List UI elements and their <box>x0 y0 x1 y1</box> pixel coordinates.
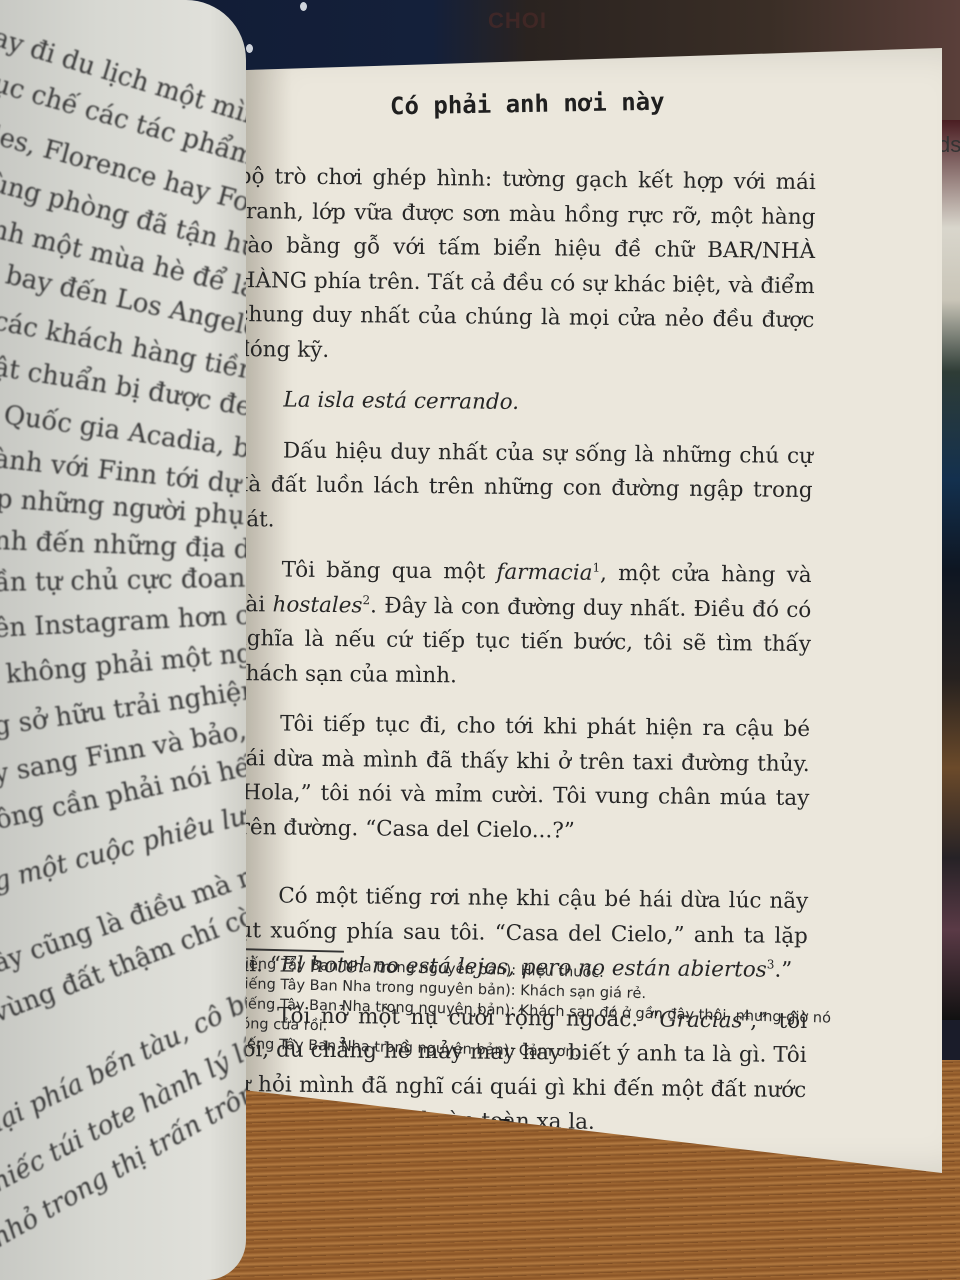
paragraph-italic: La isla está cerrando. <box>235 383 813 424</box>
left-page-line: ên Instagram hơn cả những <box>0 595 246 644</box>
text-run: Tôi băng qua một <box>282 557 497 584</box>
background-speck <box>246 44 253 53</box>
footnote-marker: 2 <box>362 593 370 607</box>
paragraph: Dấu hiệu duy nhất của sự sống là những c… <box>234 433 813 543</box>
left-page-line: nh đến những địa danh n <box>0 526 246 568</box>
book-page-left-curled: ạy đi du lịch một mình. Kh ục chế các tá… <box>0 0 246 1280</box>
paragraph: Tôi tiếp tục đi, cho tới khi phát hiện r… <box>231 707 810 851</box>
running-head-title: Có phải anh nơi này <box>390 88 665 121</box>
background-speck <box>300 2 307 11</box>
book-page-right: Có phải anh nơi này bộ trò chơi ghép hìn… <box>232 48 942 1173</box>
paragraph: Tôi băng qua một farmacia1, một cửa hàng… <box>232 553 811 697</box>
italic-text: La isla está cerrando. <box>283 387 519 414</box>
left-page-line: ần tự chủ cực đoan đó có t <box>0 562 246 598</box>
paragraph: bộ trò chơi ghép hình: tường gạch kết hợ… <box>236 160 816 373</box>
italic-text: hostales <box>272 592 362 618</box>
footnotes: (tiếng Tây Ban Nha trong nguyên bản): Hi… <box>231 948 833 1069</box>
background-box-label: CHOI <box>488 8 547 34</box>
italic-text: farmacia <box>496 560 592 586</box>
